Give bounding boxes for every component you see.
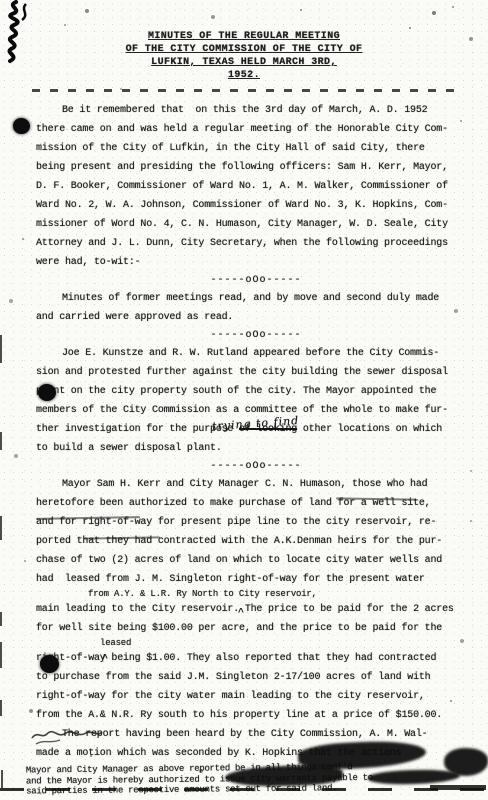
punch-hole	[38, 384, 56, 401]
text-line: D. F. Booker, Commissioner of Ward No. 1…	[36, 177, 476, 196]
punch-hole	[13, 118, 30, 134]
scan-edge-artifact	[430, 785, 486, 790]
binding-mark	[0, 642, 2, 668]
binding-mark	[1, 770, 3, 788]
text-line: Minutes of former meetings read, and by …	[36, 289, 476, 308]
title-line: OF THE CITY COMMISSION OF THE CITY OF	[0, 43, 488, 56]
insertion-caret: ^	[102, 654, 108, 665]
text-line: Attorney and J. L. Dunn, City Secretary,…	[36, 234, 476, 253]
paragraph-sewer-protest: Joe E. Kunstze and R. W. Rutland appeare…	[36, 344, 476, 458]
section-separator: -----oOo-----	[36, 458, 476, 475]
binding-mark	[0, 612, 2, 626]
text-line: had leased from J. M. Singleton right-of…	[36, 570, 476, 589]
text-line: were had, to-wit:-	[36, 253, 476, 272]
text-line: Ward No. 2, W. A. Johnson, Commissioner …	[36, 196, 476, 215]
text-line: and carried were approved as read.	[36, 308, 476, 327]
typed-insertion-line: from A.Y. & L.R. Ry North to City reserv…	[36, 589, 476, 600]
title-line: MINUTES OF THE REGULAR MEETING	[0, 30, 488, 43]
text-line: heretofore been authorized to make purch…	[36, 494, 476, 513]
text-line: sion and protested further against the c…	[36, 363, 476, 382]
text-line: plant on the city property south of the …	[36, 382, 476, 401]
typed-insertion-word: leased	[36, 638, 476, 649]
text-line: to purchase from the said J.M. Singleton…	[36, 668, 476, 687]
paragraph-minutes-approved: Minutes of former meetings read, and by …	[36, 289, 476, 327]
text-line: to build a sewer disposal plant.	[36, 439, 476, 458]
paragraph-land-purchase: Mayor Sam H. Kerr and City Manager C. N.…	[36, 475, 476, 725]
scanned-document-page: MINUTES OF THE REGULAR MEETING OF THE CI…	[0, 0, 488, 800]
title-line: LUFKIN, TEXAS HELD MARCH 3RD,	[0, 56, 488, 69]
text-line: for well site being $100.00 per acre, an…	[36, 619, 476, 638]
text-line: Joe E. Kunstze and R. W. Rutland appeare…	[36, 344, 476, 363]
scan-edge-artifact	[0, 788, 488, 791]
text-line: right-of-way for the city water main lea…	[36, 687, 476, 706]
text-line: being present and presiding the followin…	[36, 158, 476, 177]
title-line: 1952.	[0, 69, 488, 82]
binding-mark	[0, 335, 2, 363]
text-line: missioner of Word No. 4, C. N. Humason, …	[36, 215, 476, 234]
text-line: there came on and was held a regular mee…	[36, 120, 476, 139]
text-line: chase of two (2) acres of land on which …	[36, 551, 476, 570]
insertion-caret: ^	[238, 608, 244, 619]
text-segment: ther investigation for the purpose	[36, 424, 239, 435]
text-line: Mayor Sam H. Kerr and City Manager C. N.…	[36, 475, 476, 494]
document-title: MINUTES OF THE REGULAR MEETING OF THE CI…	[0, 30, 488, 82]
binding-mark	[0, 700, 2, 716]
text-line: mission of the City of Lufkin, in the Ci…	[36, 139, 476, 158]
section-separator: -----oOo-----	[36, 272, 476, 289]
paragraph-opening: Be it remembered that on this the 3rd da…	[36, 101, 476, 272]
text-line: Be it remembered that on this the 3rd da…	[36, 101, 476, 120]
text-line: ported that they had contracted with the…	[36, 532, 476, 551]
binding-mark	[0, 432, 2, 450]
document-body: Be it remembered that on this the 3rd da…	[36, 101, 476, 795]
section-separator: -----oOo-----	[36, 327, 476, 344]
punch-hole	[40, 655, 59, 673]
text-segment: other locations on which	[297, 424, 442, 435]
binding-mark	[0, 516, 2, 540]
text-line: main leading to the City reservoir. The …	[36, 600, 476, 619]
dashed-divider	[32, 89, 456, 92]
text-line: from the A.& N.R. Ry south to his proper…	[36, 706, 476, 725]
handwritten-margin-scribble	[2, 0, 36, 64]
handwritten-scribble	[30, 724, 104, 746]
